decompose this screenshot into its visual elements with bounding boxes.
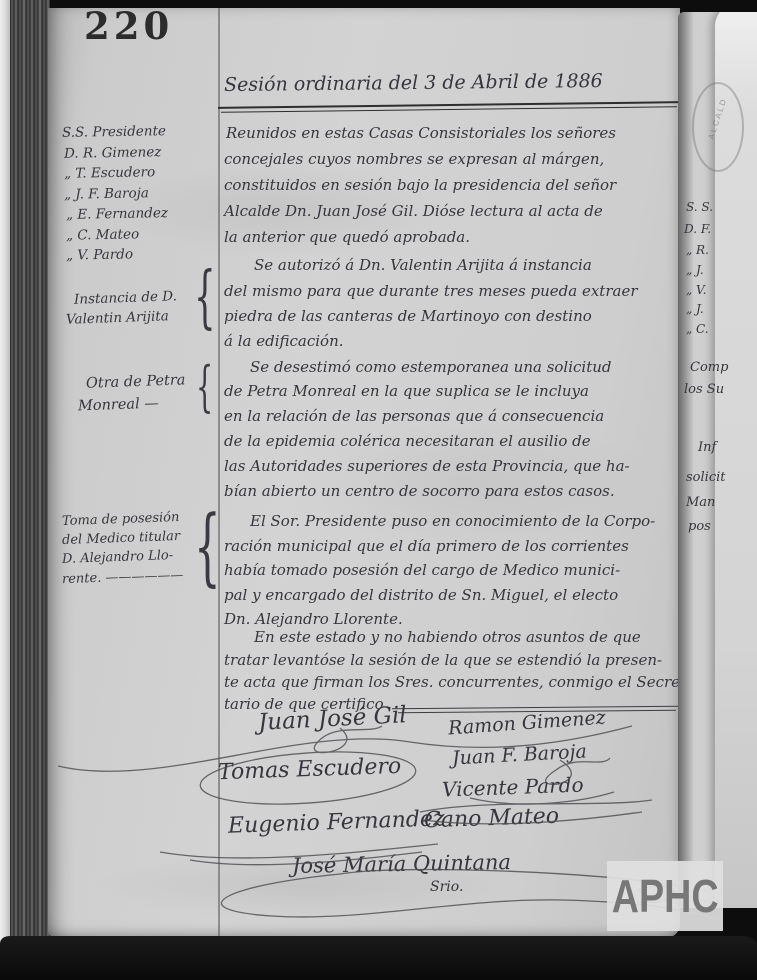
body-line: había tomado posesión del cargo de Medic… bbox=[224, 561, 620, 579]
stamp-text: ALCALD bbox=[707, 97, 729, 141]
body-line: pal y encargado del distrito de Sn. Migu… bbox=[224, 586, 618, 604]
desk-background bbox=[0, 936, 757, 980]
attendee-name: „ V. Pardo bbox=[66, 246, 133, 263]
body-line: Se desestimó como estemporanea una solic… bbox=[250, 358, 612, 376]
session-title: Sesión ordinaria del 3 de Abril de 1886 bbox=[224, 70, 603, 96]
body-line: á la edificación. bbox=[224, 332, 344, 350]
margin-brace: { bbox=[196, 360, 213, 414]
body-line: de Petra Monreal en la que suplica se le… bbox=[224, 382, 589, 400]
next-page-fragment: „ V. bbox=[686, 283, 706, 297]
margin-brace: { bbox=[194, 264, 216, 332]
next-page-fragment: Comp bbox=[690, 360, 728, 375]
body-line: constituidos en sesión bajo la presidenc… bbox=[224, 176, 616, 194]
body-line: piedra de las canteras de Martinoyo con … bbox=[224, 307, 592, 325]
next-page-fragment: solicit bbox=[686, 470, 725, 485]
attendee-name: „ E. Fernandez bbox=[66, 205, 168, 223]
official-stamp-icon: ALCALD bbox=[692, 82, 744, 172]
next-page-fragment: los Su bbox=[684, 382, 724, 397]
next-page-fragment: „ J. bbox=[686, 302, 704, 316]
margin-note-otra: Monreal — bbox=[78, 396, 159, 415]
body-line: Se autorizó á Dn. Valentin Arijita á ins… bbox=[254, 256, 592, 274]
body-line: bían abierto un centro de socorro para e… bbox=[224, 482, 615, 500]
book-fore-edge bbox=[0, 0, 10, 980]
body-line: de la epidemia colérica necesitaran el a… bbox=[224, 432, 591, 450]
body-line: del mismo para que durante tres meses pu… bbox=[224, 282, 638, 300]
body-line: ración municipal que el día primero de l… bbox=[224, 537, 629, 555]
attendee-name: S.S. Presidente bbox=[62, 123, 166, 141]
body-line: En este estado y no habiendo otros asunt… bbox=[254, 628, 641, 646]
attendee-name: „ J. F. Baroja bbox=[64, 185, 149, 202]
next-page-fragment: D. F. bbox=[684, 222, 711, 236]
next-page-fragment: „ R. bbox=[686, 243, 709, 257]
body-line: las Autoridades superiores de esta Provi… bbox=[224, 457, 630, 475]
next-page-fragment: Man bbox=[686, 495, 715, 510]
next-page-fragment: S. S. bbox=[686, 200, 713, 214]
body-line: la anterior que quedó aprobada. bbox=[224, 228, 470, 246]
gutter-shadow bbox=[678, 12, 694, 908]
page-number: 220 bbox=[84, 4, 173, 48]
archive-watermark: APHC bbox=[607, 861, 723, 931]
attendee-name: „ T. Escudero bbox=[64, 164, 155, 182]
scanned-document: 220 Sesión ordinaria del 3 de Abril de 1… bbox=[0, 0, 757, 980]
body-line: El Sor. Presidente puso en conocimiento … bbox=[250, 512, 655, 530]
next-page-fragment: „ C. bbox=[686, 322, 709, 336]
body-line: en la relación de las personas que á con… bbox=[224, 407, 604, 425]
attendee-name: „ C. Mateo bbox=[66, 226, 139, 243]
next-page-fragment: „ J. bbox=[686, 263, 704, 277]
body-line: Dn. Alejandro Llorente. bbox=[224, 610, 403, 628]
right-page-edge: ALCALD S. S. D. F. „ R. „ J. „ V. „ J. „… bbox=[678, 12, 757, 908]
margin-brace: { bbox=[194, 504, 221, 588]
body-line: Alcalde Dn. Juan José Gil. Dióse lectura… bbox=[224, 202, 603, 220]
body-line: Reunidos en estas Casas Consistoriales l… bbox=[226, 124, 616, 142]
body-line: tratar levantóse la sesión de la que se … bbox=[224, 651, 662, 669]
attendee-name: D. R. Gimenez bbox=[64, 144, 162, 162]
next-page-fragment: Inf bbox=[698, 440, 716, 455]
watermark-text: APHC bbox=[612, 869, 719, 923]
body-line: concejales cuyos nombres se expresan al … bbox=[224, 150, 604, 168]
next-page-fragment: pos bbox=[688, 519, 711, 534]
